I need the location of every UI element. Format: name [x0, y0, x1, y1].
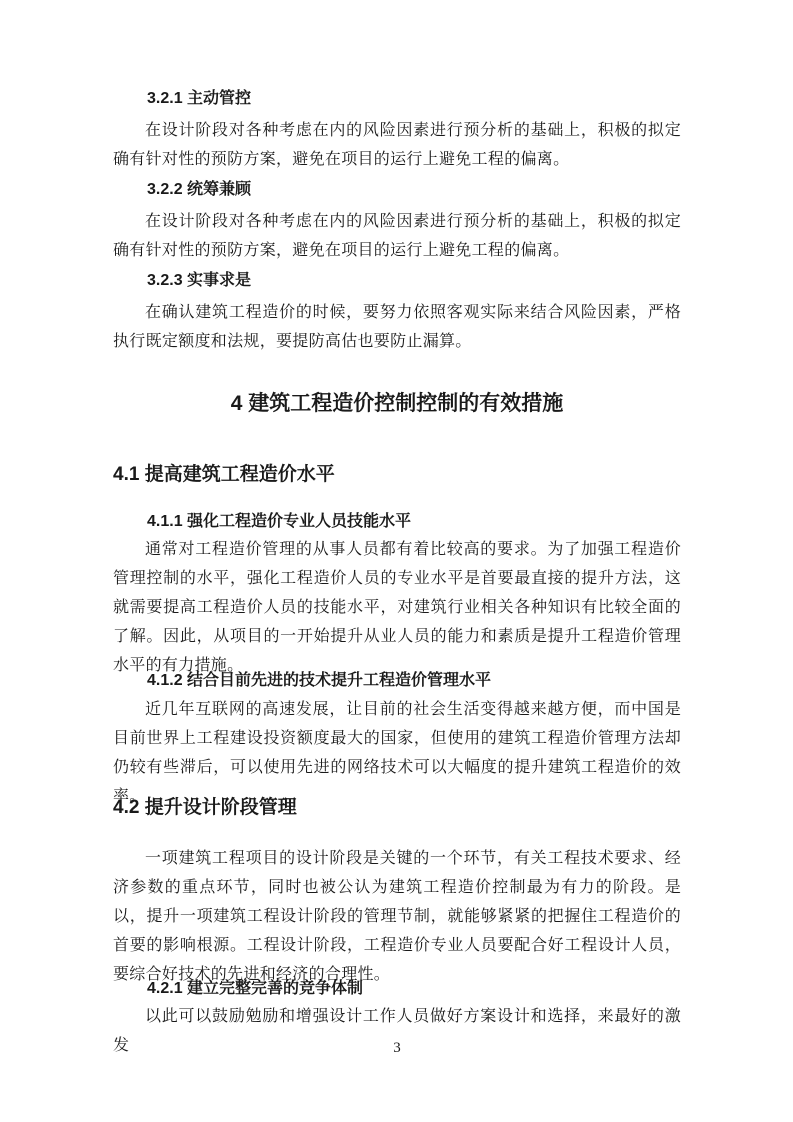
heading-3-2-3: 3.2.3 实事求是 [147, 270, 251, 292]
page-number: 3 [113, 1038, 681, 1058]
paragraph-3-2-1: 在设计阶段对各种考虑在内的风险因素进行预分析的基础上，积极的拟定确有针对性的预防… [113, 116, 681, 174]
paragraph-4-2: 一项建筑工程项目的设计阶段是关键的一个环节，有关工程技术要求、经济参数的重点环节… [113, 844, 681, 989]
heading-4-1: 4.1 提高建筑工程造价水平 [113, 462, 335, 487]
paragraph-4-1-2: 近几年互联网的高速发展，让目前的社会生活变得越来越方便，而中国是目前世界上工程建… [113, 695, 681, 811]
heading-4-1-2: 4.1.2 结合目前先进的技术提升工程造价管理水平 [147, 670, 491, 692]
chapter-heading-4: 4 建筑工程造价控制控制的有效措施 [113, 390, 681, 417]
paragraph-3-2-2: 在设计阶段对各种考虑在内的风险因素进行预分析的基础上，积极的拟定确有针对性的预防… [113, 207, 681, 265]
heading-3-2-1: 3.2.1 主动管控 [147, 88, 251, 110]
heading-4-1-1: 4.1.1 强化工程造价专业人员技能水平 [147, 511, 411, 533]
heading-4-2: 4.2 提升设计阶段管理 [113, 795, 297, 820]
document-page: 3.2.1 主动管控 在设计阶段对各种考虑在内的风险因素进行预分析的基础上，积极… [0, 0, 793, 1122]
heading-3-2-2: 3.2.2 统筹兼顾 [147, 179, 251, 201]
paragraph-3-2-3: 在确认建筑工程造价的时候，要努力依照客观实际来结合风险因素，严格执行既定额度和法… [113, 298, 681, 356]
heading-4-2-1: 4.2.1 建立完整完善的竞争体制 [147, 978, 363, 1000]
paragraph-4-1-1: 通常对工程造价管理的从事人员都有着比较高的要求。为了加强工程造价管理控制的水平，… [113, 535, 681, 680]
